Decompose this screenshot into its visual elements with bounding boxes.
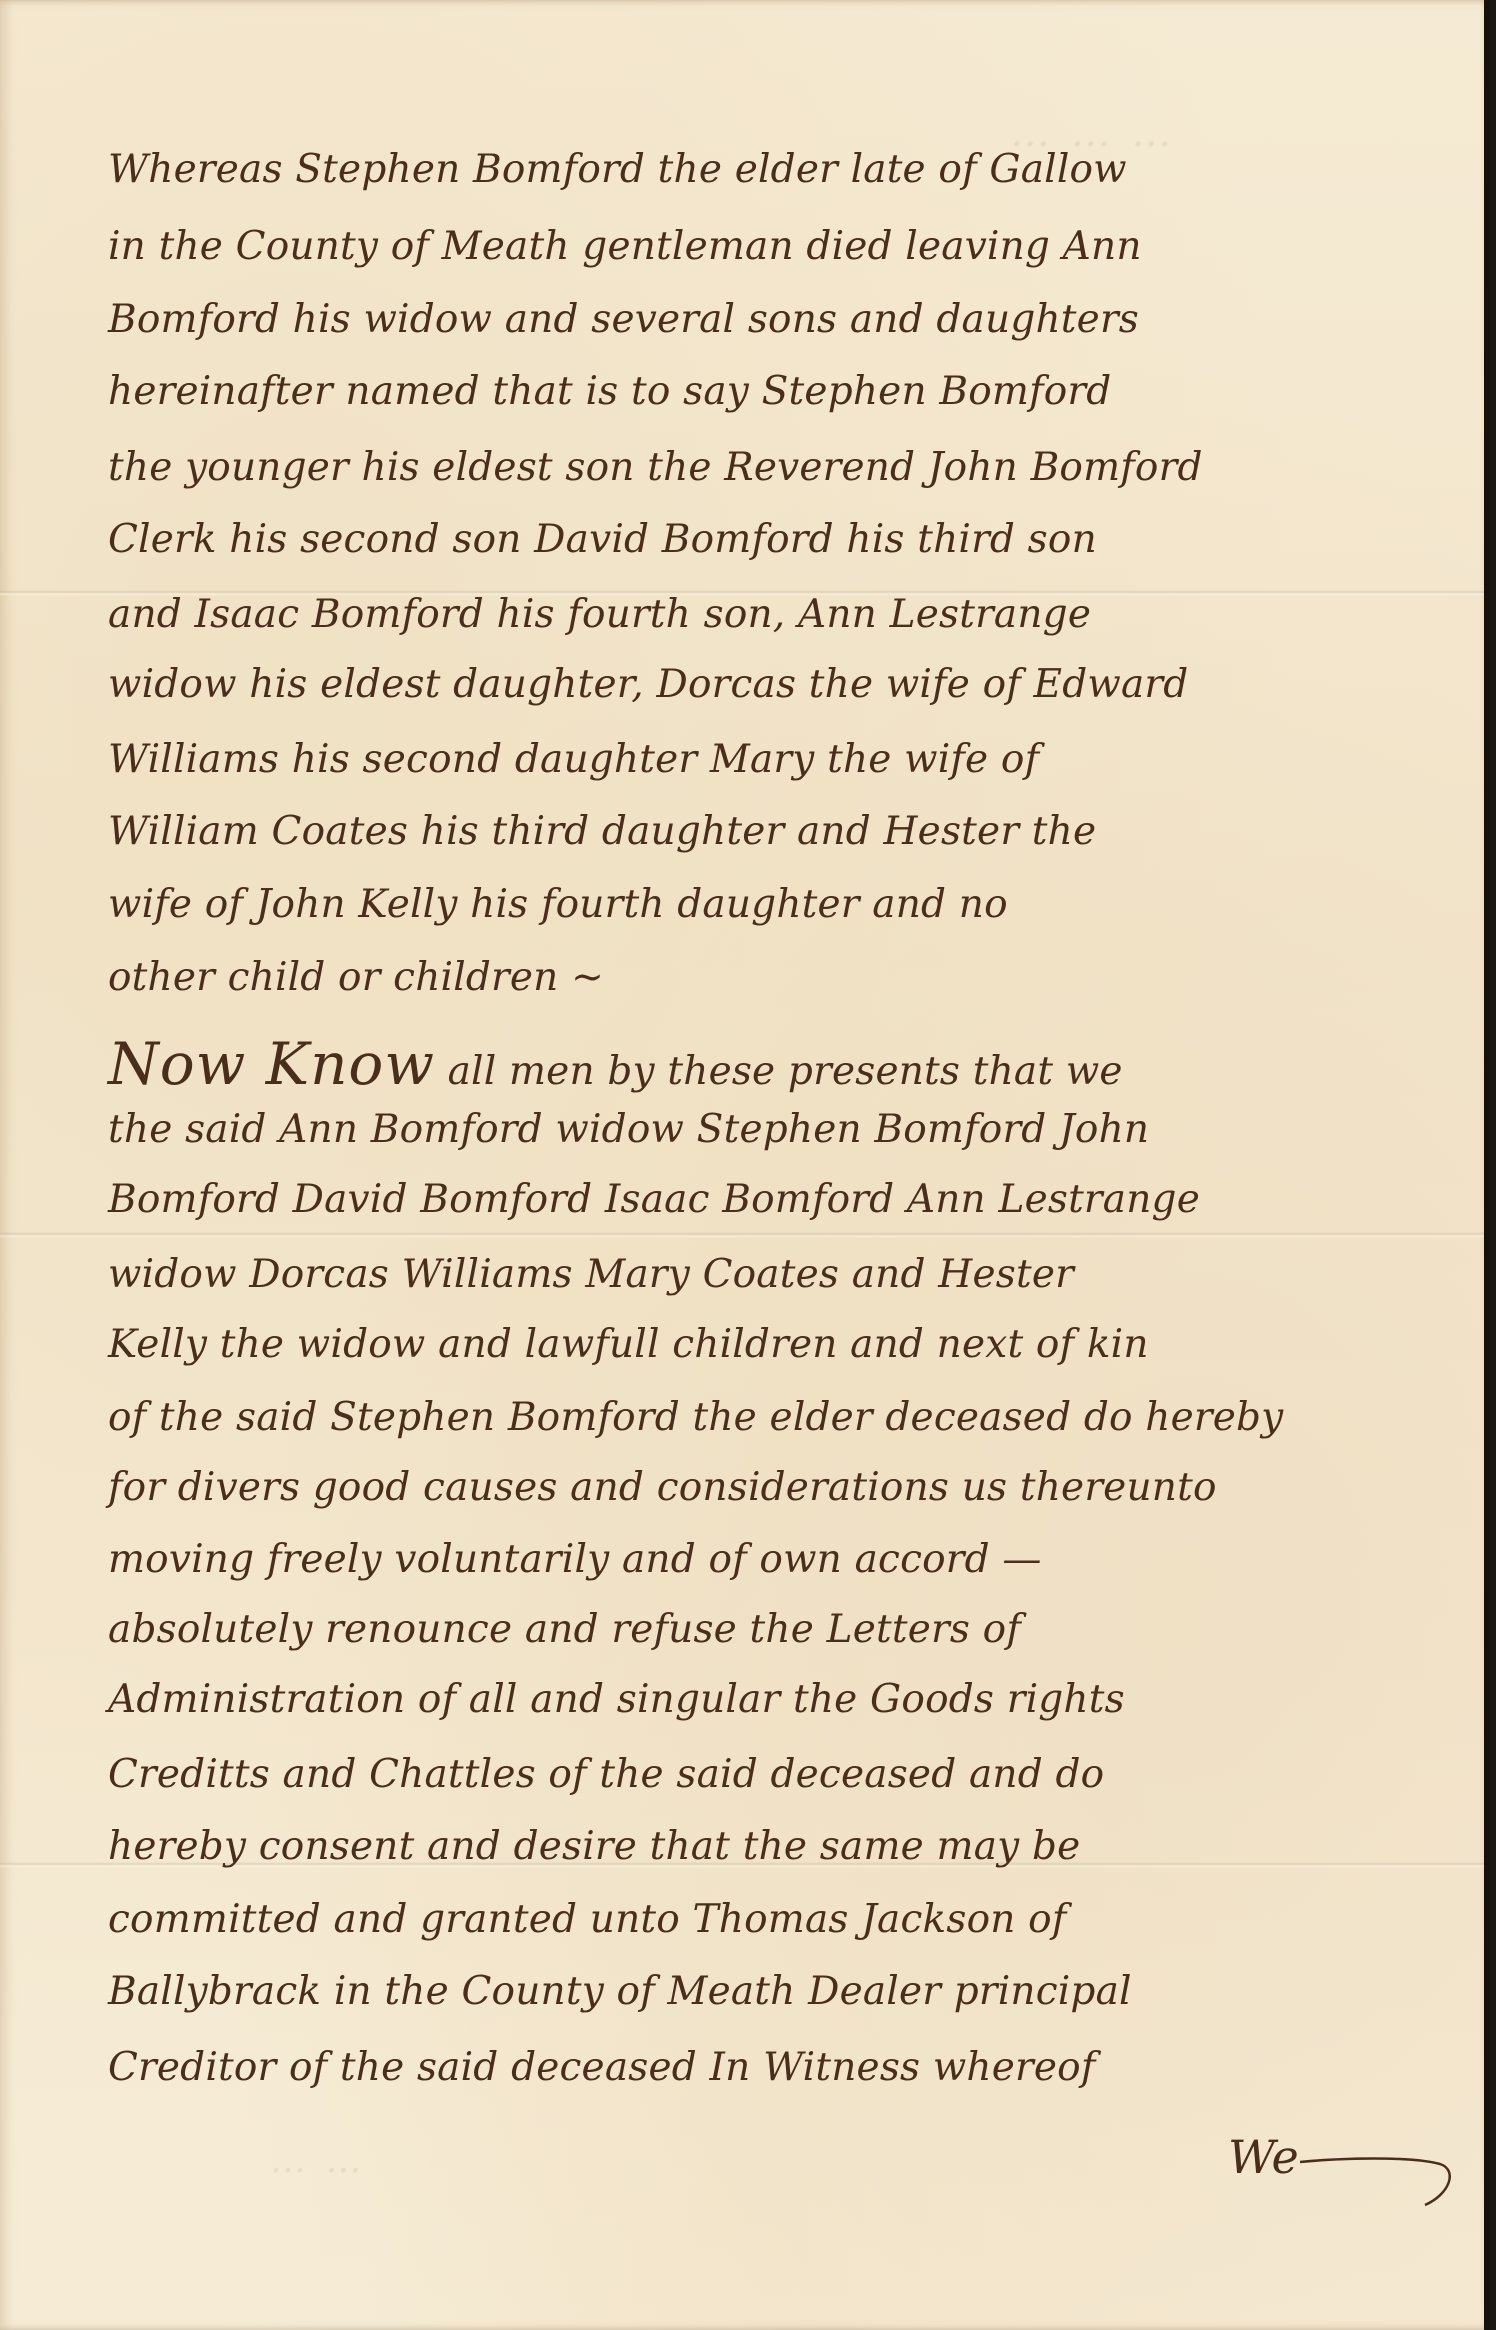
manuscript-line: Ballybrack in the County of Meath Dealer… (108, 1972, 1132, 2011)
manuscript-line: Williams his second daughter Mary the wi… (108, 740, 1039, 779)
manuscript-line: Now Know all men by these presents that … (108, 1035, 1123, 1093)
manuscript-line: the said Ann Bomford widow Stephen Bomfo… (108, 1110, 1149, 1149)
manuscript-line: hereinafter named that is to say Stephen… (108, 372, 1111, 411)
bleed-through-text: … … (270, 2140, 365, 2181)
manuscript-line: Creditts and Chattles of the said deceas… (108, 1755, 1104, 1794)
manuscript-line: Creditor of the said deceased In Witness… (108, 2048, 1095, 2087)
manuscript-line: widow his eldest daughter, Dorcas the wi… (108, 665, 1188, 704)
manuscript-line: moving freely voluntarily and of own acc… (108, 1540, 1042, 1579)
manuscript-line: Administration of all and singular the G… (108, 1680, 1125, 1719)
paper-fold-line (0, 1232, 1490, 1238)
manuscript-line: hereby consent and desire that the same … (108, 1827, 1080, 1866)
scan-edge-shadow (1484, 0, 1490, 2330)
decorative-initial: Now Know (108, 1030, 435, 1098)
manuscript-line: for divers good causes and consideration… (108, 1468, 1217, 1507)
catchword: We (1228, 2130, 1299, 2184)
manuscript-line: committed and granted unto Thomas Jackso… (108, 1900, 1067, 1939)
manuscript-line: widow Dorcas Williams Mary Coates and He… (108, 1255, 1074, 1294)
manuscript-line: Bomford David Bomford Isaac Bomford Ann … (108, 1180, 1200, 1219)
manuscript-line: Clerk his second son David Bomford his t… (108, 520, 1097, 559)
manuscript-line: wife of John Kelly his fourth daughter a… (108, 885, 1008, 924)
manuscript-line: of the said Stephen Bomford the elder de… (108, 1398, 1283, 1437)
manuscript-line: absolutely renounce and refuse the Lette… (108, 1610, 1021, 1649)
manuscript-line: and Isaac Bomford his fourth son, Ann Le… (108, 595, 1091, 634)
manuscript-line-text: Whereas Stephen Bomford the elder late o… (108, 147, 1127, 192)
manuscript-line: Bomford his widow and several sons and d… (108, 300, 1139, 339)
manuscript-line: the younger his eldest son the Reverend … (108, 448, 1203, 487)
flourish-stroke (1300, 2150, 1460, 2210)
manuscript-line: other child or children ~ (108, 958, 604, 997)
manuscript-line: Whereas Stephen Bomford the elder late o… (108, 150, 1127, 189)
manuscript-page: … … … … … Whereas Stephen Bomford the el… (0, 0, 1490, 2330)
manuscript-line-text: all men by these presents that we (448, 1049, 1123, 1094)
manuscript-line: in the County of Meath gentleman died le… (108, 227, 1142, 266)
manuscript-line: Kelly the widow and lawfull children and… (108, 1325, 1149, 1364)
manuscript-line: William Coates his third daughter and He… (108, 812, 1096, 851)
